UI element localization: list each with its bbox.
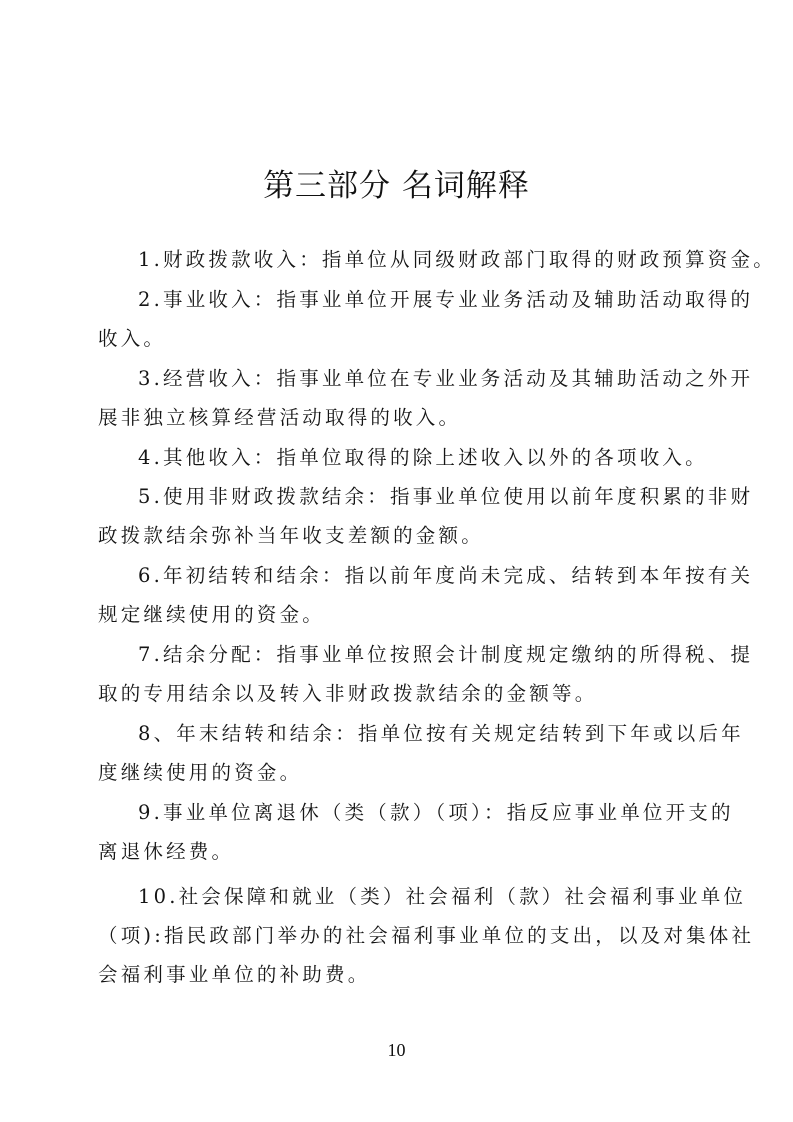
paragraph-9-line-1: 9.事业单位离退休（类（款）（项）：指反应事业单位开支的	[138, 797, 734, 825]
paragraph-4-line-1: 4.其他收入：指单位取得的除上述收入以外的各项收入。	[138, 442, 708, 470]
paragraph-3-line-2: 展非独立核算经营活动取得的收入。	[98, 402, 461, 430]
paragraph-7-line-1: 7.结余分配：指事业单位按照会计制度规定缴纳的所得税、提	[138, 639, 753, 667]
paragraph-8-line-1: 8、年末结转和结余：指单位按有关规定结转到下年或以后年	[138, 718, 744, 746]
paragraph-10-line-3: 会福利事业单位的补助费。	[98, 959, 370, 987]
paragraph-5-line-1: 5.使用非财政拨款结余：指事业单位使用以前年度积累的非财	[138, 481, 753, 509]
paragraph-8-line-2: 度继续使用的资金。	[98, 757, 302, 785]
paragraph-9-line-2: 离退休经费。	[98, 836, 234, 864]
paragraph-1-line-1: 1.财政拨款收入：指单位从同级财政部门取得的财政预算资金。	[138, 244, 776, 272]
page-number: 10	[0, 1040, 793, 1061]
paragraph-6-line-2: 规定继续使用的资金。	[98, 599, 325, 627]
paragraph-2-line-1: 2.事业收入：指事业单位开展专业业务活动及辅助活动取得的	[138, 284, 753, 312]
paragraph-3-line-1: 3.经营收入：指事业单位在专业业务活动及其辅助活动之外开	[138, 363, 753, 391]
paragraph-10-line-1: 10.社会保障和就业（类）社会福利（款）社会福利事业单位	[138, 881, 746, 909]
paragraph-10-line-2: （项):指民政部门举办的社会福利事业单位的支出，以及对集体社	[98, 920, 754, 948]
page-title: 第三部分 名词解释	[0, 160, 793, 205]
paragraph-7-line-2: 取的专用结余以及转入非财政拨款结余的金额等。	[98, 678, 597, 706]
paragraph-6-line-1: 6.年初结转和结余：指以前年度尚未完成、结转到本年按有关	[138, 560, 753, 588]
paragraph-2-line-2: 收入。	[98, 323, 166, 351]
paragraph-5-line-2: 政拨款结余弥补当年收支差额的金额。	[98, 520, 484, 548]
